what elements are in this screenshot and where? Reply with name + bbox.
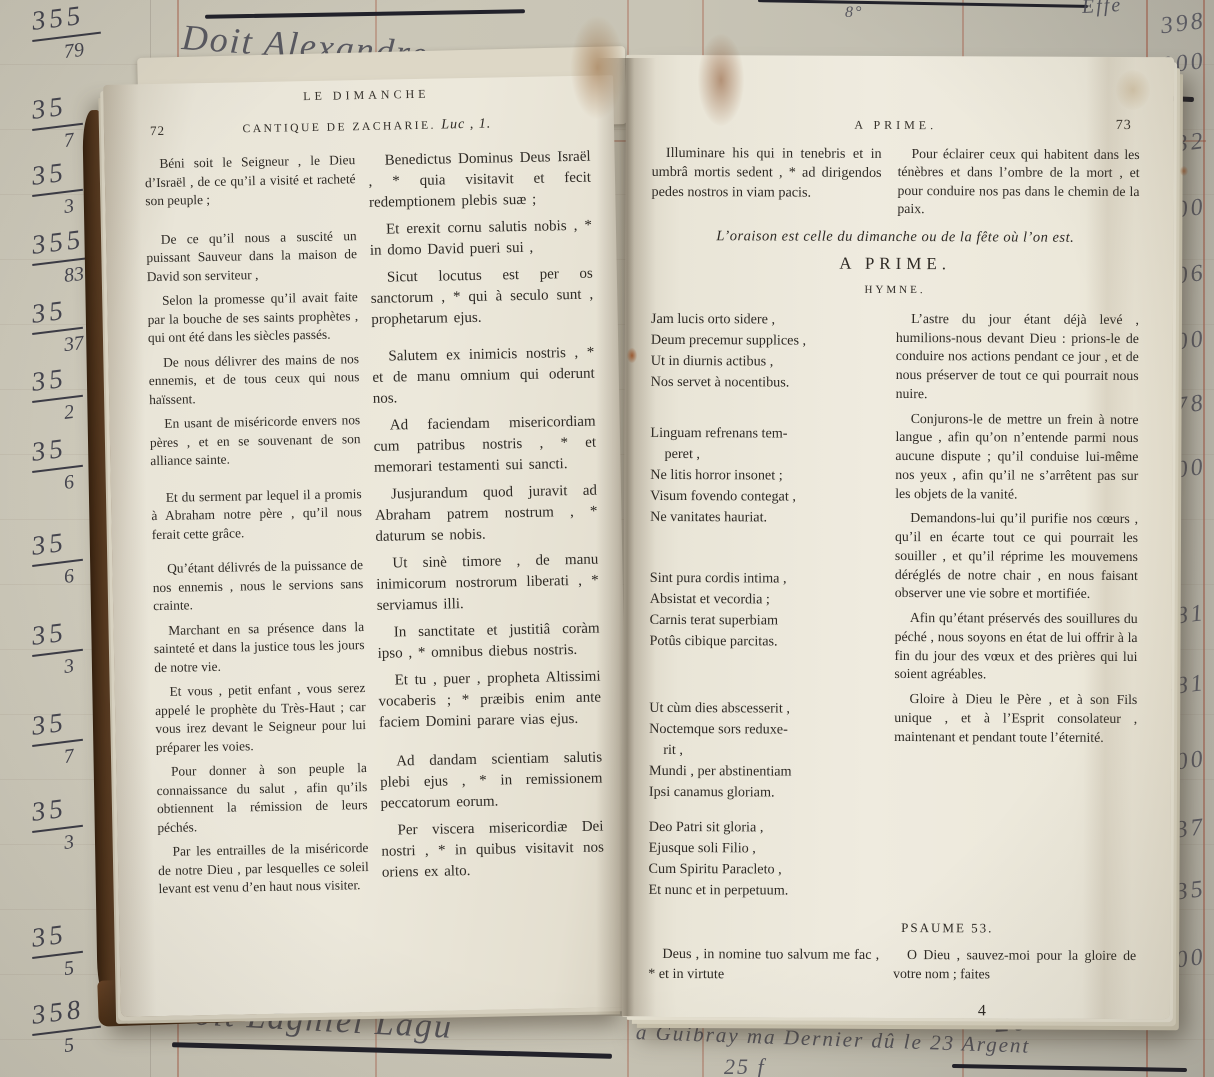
french-paragraph: Conjurons-le de mettre un frein à notre … [895, 410, 1138, 505]
latin-paragraph: Ad dandam scientiam salutis plebi ejus ,… [380, 748, 604, 815]
folio-sub: 7 [63, 744, 83, 769]
french-paragraph: Afin qu’étant préservés des souillures d… [894, 609, 1137, 685]
ledger-folio-number: 35 37 [30, 296, 84, 356]
section-title: CANTIQUE DE ZACHARIE. Luc , 1. [242, 119, 491, 136]
french-paragraph: Qu’étant délivrés de la puissance de nos… [152, 556, 364, 616]
ledger-folio-number: 35 2 [30, 364, 81, 424]
psalm-heading: PSAUME 53. [758, 920, 1136, 938]
folio-main: 358 [28, 992, 100, 1036]
section-title-ref: Luc , 1. [441, 117, 491, 133]
ledger-folio-number: 35 3 [30, 794, 81, 854]
latin-stanza: Jam lucis orto sidere , Deum precemur su… [651, 309, 882, 394]
ledger-folio-number: 35 6 [30, 528, 81, 588]
french-paragraph: En usant de miséricorde envers nos pères… [149, 411, 361, 471]
latin-stanza: Ut cùm dies abscesserit , Noctemque sors… [649, 698, 880, 804]
section-title-text: CANTIQUE DE ZACHARIE. [242, 120, 436, 136]
book-right-page: A PRIME. 73 Illuminare his qui in tenebr… [622, 55, 1174, 1019]
french-paragraph: Marchant en sa présence dans la sainteté… [153, 618, 365, 678]
latin-stanza: Sint pura cordis intima , Absistat et ve… [649, 568, 880, 653]
french-paragraph: Et vous , petit enfant , vous serez appe… [155, 679, 367, 757]
french-paragraph: L’astre du jour étant déjà levé , humili… [896, 310, 1139, 405]
ledger-folio-number: 35 3 [30, 618, 81, 678]
latin-stanza: Deo Patri sit gloria , Ejusque soli Fili… [648, 817, 879, 902]
latin-paragraph: Salutem ex inimicis nostris , * et de ma… [372, 343, 596, 410]
right-page-french-top: Pour éclairer ceux qui habitent dans les… [897, 145, 1139, 220]
french-paragraph: Pour donner à son peuple la connaissance… [156, 759, 368, 837]
ledger-handwriting: Effe [1081, 0, 1122, 19]
ledger-handwriting: 25 f [724, 1054, 766, 1077]
folio-sub: 5 [63, 956, 83, 981]
page-number: 72 [150, 123, 165, 139]
latin-paragraph: Jusjurandum quod juravit ad Abraham patr… [374, 481, 598, 548]
french-paragraph: Selon la promesse qu’il avait faite par … [147, 288, 359, 348]
latin-paragraph: In sanctitate et justitiâ coràm ipso , *… [377, 619, 600, 665]
folio-sub: 3 [63, 194, 83, 219]
hymn-french-column: L’astre du jour étant déjà levé , humili… [893, 310, 1139, 917]
folio-sub: 37 [63, 332, 86, 357]
ledger-folio-number: 35 6 [30, 434, 81, 494]
folio-sub: 6 [63, 470, 83, 495]
page-number: 73 [1116, 118, 1132, 134]
latin-paragraph: Et erexit cornu salutis nobis , * in dom… [369, 216, 592, 262]
ledger-handwriting: 8° [845, 4, 863, 22]
french-paragraph: Demandons-lui qu’il purifie nos cœurs , … [895, 509, 1138, 604]
ledger-stroke [205, 9, 525, 19]
ledger-handwriting: à Guibray ma Dernier dû le 23 Argent [636, 1020, 1031, 1059]
ledger-stroke [758, 0, 1088, 8]
folio-main: 35 [28, 293, 83, 335]
ledger-stroke [952, 1064, 1187, 1072]
ledger-folio-number: 35 7 [30, 708, 81, 768]
folio-sub: 5 [63, 1031, 100, 1058]
ledger-stroke [172, 1042, 612, 1059]
folio-sub: 6 [63, 564, 83, 589]
latin-paragraph: Et tu , puer , propheta Altissimi vocabe… [378, 667, 602, 734]
folio-main: 35 [28, 615, 83, 657]
folio-sub: 2 [63, 400, 83, 425]
ledger-folio-number: 35 5 [30, 920, 81, 980]
folio-main: 35 [28, 155, 83, 197]
french-paragraph: Par les entrailles de la miséricorde de … [158, 839, 370, 899]
folio-sub: 79 [63, 37, 100, 64]
hymn-heading: HYMNE. [651, 283, 1139, 297]
stain [1180, 166, 1188, 176]
ledger-folio-number: 35 7 [30, 92, 81, 152]
psalm-latin: Deus , in nomine tuo salvum me fac , * e… [648, 945, 879, 986]
folio-main: 35 [28, 917, 83, 959]
running-head: A PRIME. [854, 118, 937, 132]
french-paragraph: De ce qu’il nous a suscité un puissant S… [146, 227, 358, 287]
latin-paragraph: Ad faciendam misericordiam cum patribus … [373, 412, 597, 479]
rubric: L’oraison est celle du dimanche ou de la… [651, 228, 1139, 247]
signature-mark: 4 [978, 1002, 1136, 1021]
french-paragraph: Gloire à Dieu le Père , et à son Fils un… [894, 690, 1137, 747]
right-page-latin-top: Illuminare his qui in tenebris et in umb… [651, 144, 881, 219]
latin-paragraph: Ut sinè timore , de manu inimicorum nost… [376, 550, 600, 617]
folio-sub: 3 [63, 830, 83, 855]
running-head: LE DIMANCHE [143, 84, 589, 108]
left-page-french-column: Béni soit le Seigneur , le Dieu d’Israël… [144, 151, 369, 898]
ledger-folio-number: 358 5 [30, 996, 99, 1056]
latin-stanza: Linguam refrenans tem- peret , Ne litis … [650, 423, 881, 529]
running-head-row: A PRIME. 73 [652, 117, 1140, 134]
folio-sub: 3 [63, 654, 83, 679]
folio-main: 355 [28, 0, 100, 42]
french-paragraph: De nous délivrer des mains de nos ennemi… [148, 350, 360, 410]
book-left-page: LE DIMANCHE 72 CANTIQUE DE ZACHARIE. Luc… [103, 75, 631, 1017]
latin-paragraph: Sicut locutus est per os sanctorum , * q… [370, 264, 594, 331]
folio-main: 35 [28, 361, 83, 403]
french-paragraph: Et du serment par lequel il a promis à A… [151, 485, 363, 545]
ledger-folio-number: 35 3 [30, 158, 81, 218]
ledger-folio-number: 355 79 [30, 2, 99, 62]
folio-main: 35 [28, 791, 83, 833]
hymn-latin-column: Jam lucis orto sidere , Deum precemur su… [648, 309, 882, 916]
folio-main: 35 [28, 431, 83, 473]
left-page-latin-column: Benedictus Dominus Deus Israël , * quia … [368, 147, 605, 895]
latin-paragraph: Benedictus Dominus Deus Israël , * quia … [368, 147, 592, 214]
folio-main: 35 [28, 705, 83, 747]
french-paragraph: Béni soit le Seigneur , le Dieu d’Israël… [144, 151, 356, 211]
prime-heading: A PRIME. [651, 253, 1139, 275]
psalm-french: O Dieu , sauvez-moi pour la gloire de vo… [893, 946, 1136, 987]
folio-main: 35 [28, 89, 83, 131]
folio-sub: 7 [63, 128, 83, 153]
photo-scene: 355 79 35 7 35 3 355 83 35 37 35 2 35 6 … [0, 0, 1214, 1077]
latin-paragraph: Per viscera misericordiæ Dei nostri , * … [381, 817, 605, 884]
folio-main: 35 [28, 525, 83, 567]
